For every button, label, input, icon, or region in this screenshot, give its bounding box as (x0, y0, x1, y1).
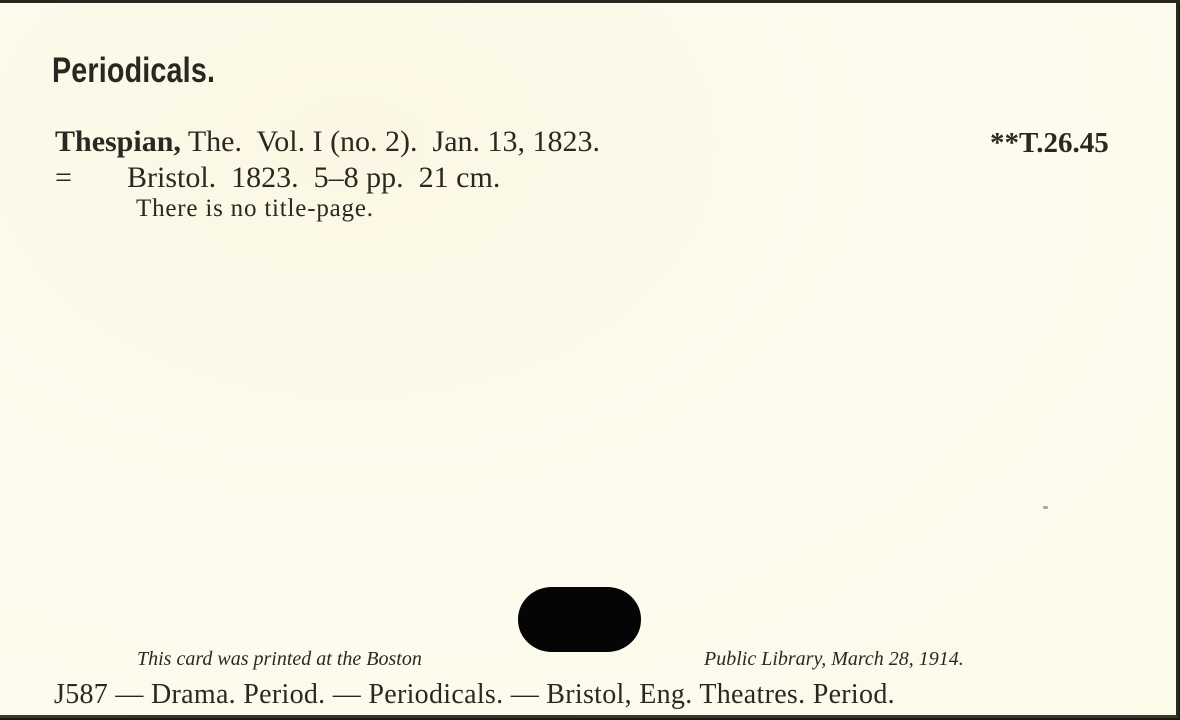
punch-hole (518, 587, 641, 652)
entry-title: Thespian, (55, 125, 181, 158)
entry-title-line: Thespian, The. Vol. I (no. 2). Jan. 13, … (55, 125, 600, 159)
subject-heading: Periodicals. (52, 51, 215, 91)
printed-statement-left: This card was printed at the Boston (137, 648, 422, 671)
catalog-card: Periodicals. Thespian, The. Vol. I (no. … (0, 3, 1179, 718)
printed-statement-right: Public Library, March 28, 1914. (704, 648, 964, 671)
imprint-line: =Bristol. 1823. 5–8 pp. 21 cm. (55, 161, 500, 195)
imprint-text: Bristol. 1823. 5–8 pp. 21 cm. (127, 161, 500, 194)
call-number: **T.26.45 (990, 127, 1109, 160)
imprint-symbol: = (55, 161, 127, 195)
entry-note: There is no title-page. (136, 195, 374, 223)
entry-title-details: The. Vol. I (no. 2). Jan. 13, 1823. (181, 125, 600, 158)
paper-speck (1043, 506, 1048, 509)
subject-tracings: J587 — Drama. Period. — Periodicals. — B… (54, 679, 895, 711)
